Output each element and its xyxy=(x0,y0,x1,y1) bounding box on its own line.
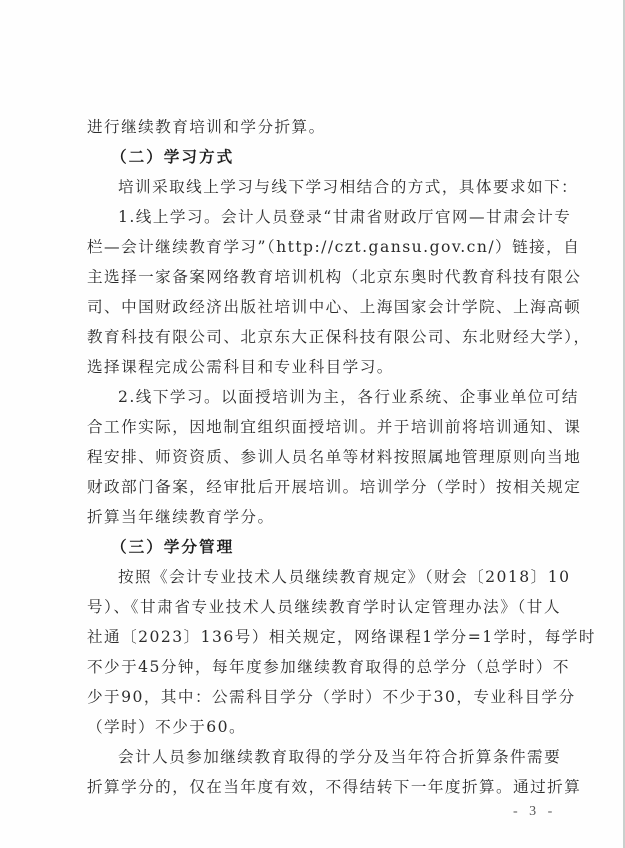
document-page: 进行继续教育培训和学分折算。 （二）学习方式 培训采取线上学习与线下学习相结合的… xyxy=(0,0,625,848)
section-heading-learning-method: （二）学习方式 xyxy=(87,142,561,172)
paragraph-line: 合工作实际，因地制宜组织面授培训。并于培训前将培训通知、课 xyxy=(87,412,561,442)
paragraph-line: 号）、《甘肃省专业技术人员继续教育学时认定管理办法》（甘人 xyxy=(87,592,561,622)
paragraph-line-offline-learning: 2.线下学习。以面授培训为主，各行业系统、企事业单位可结 xyxy=(87,382,561,412)
paragraph-line-credit-validity: 会计人员参加继续教育取得的学分及当年符合折算条件需要 xyxy=(87,742,561,772)
paragraph-line: 折算学分的，仅在当年度有效，不得结转下一年度折算。通过折算 xyxy=(87,772,561,802)
paragraph-line-online-learning: 1.线上学习。会计人员登录“甘肃省财政厅官网—甘肃会计专 xyxy=(87,202,561,232)
paragraph-line: 折算当年继续教育学分。 xyxy=(87,502,561,532)
paragraph-line: 主选择一家备案网络教育培训机构（北京东奥时代教育科技有限公 xyxy=(87,262,561,292)
paragraph-line: 不少于45分钟，每年度参加继续教育取得的总学分（总学时）不 xyxy=(87,652,561,682)
paragraph-line: 栏—会计继续教育学习”（http://czt.gansu.gov.cn/）链接，… xyxy=(87,232,561,262)
paragraph-line: 培训采取线上学习与线下学习相结合的方式，具体要求如下： xyxy=(87,172,561,202)
paragraph-line: 少于90，其中：公需科目学分（学时）不少于30，专业科目学分 xyxy=(87,682,561,712)
paragraph-line: 财政部门备案，经审批后开展培训。培训学分（学时）按相关规定 xyxy=(87,472,561,502)
document-body: 进行继续教育培训和学分折算。 （二）学习方式 培训采取线上学习与线下学习相结合的… xyxy=(87,112,561,802)
paragraph-line-credit-rules: 按照《会计专业技术人员继续教育规定》（财会〔2018〕10 xyxy=(87,562,561,592)
paragraph-line: 选择课程完成公需科目和专业科目学习。 xyxy=(87,352,561,382)
section-heading-credit-management: （三）学分管理 xyxy=(87,532,561,562)
paragraph-line: 司、中国财政经济出版社培训中心、上海国家会计学院、上海高顿 xyxy=(87,292,561,322)
paragraph-line: 程安排、师资资质、参训人员名单等材料按照属地管理原则向当地 xyxy=(87,442,561,472)
page-number: - 3 - xyxy=(513,804,556,820)
paragraph-line: 进行继续教育培训和学分折算。 xyxy=(87,112,561,142)
paragraph-line: （学时）不少于60。 xyxy=(87,712,561,742)
paragraph-line: 教育科技有限公司、北京东大正保科技有限公司、东北财经大学）， xyxy=(87,322,561,352)
paragraph-line: 社通〔2023〕136号）相关规定，网络课程1学分=1学时，每学时 xyxy=(87,622,561,652)
